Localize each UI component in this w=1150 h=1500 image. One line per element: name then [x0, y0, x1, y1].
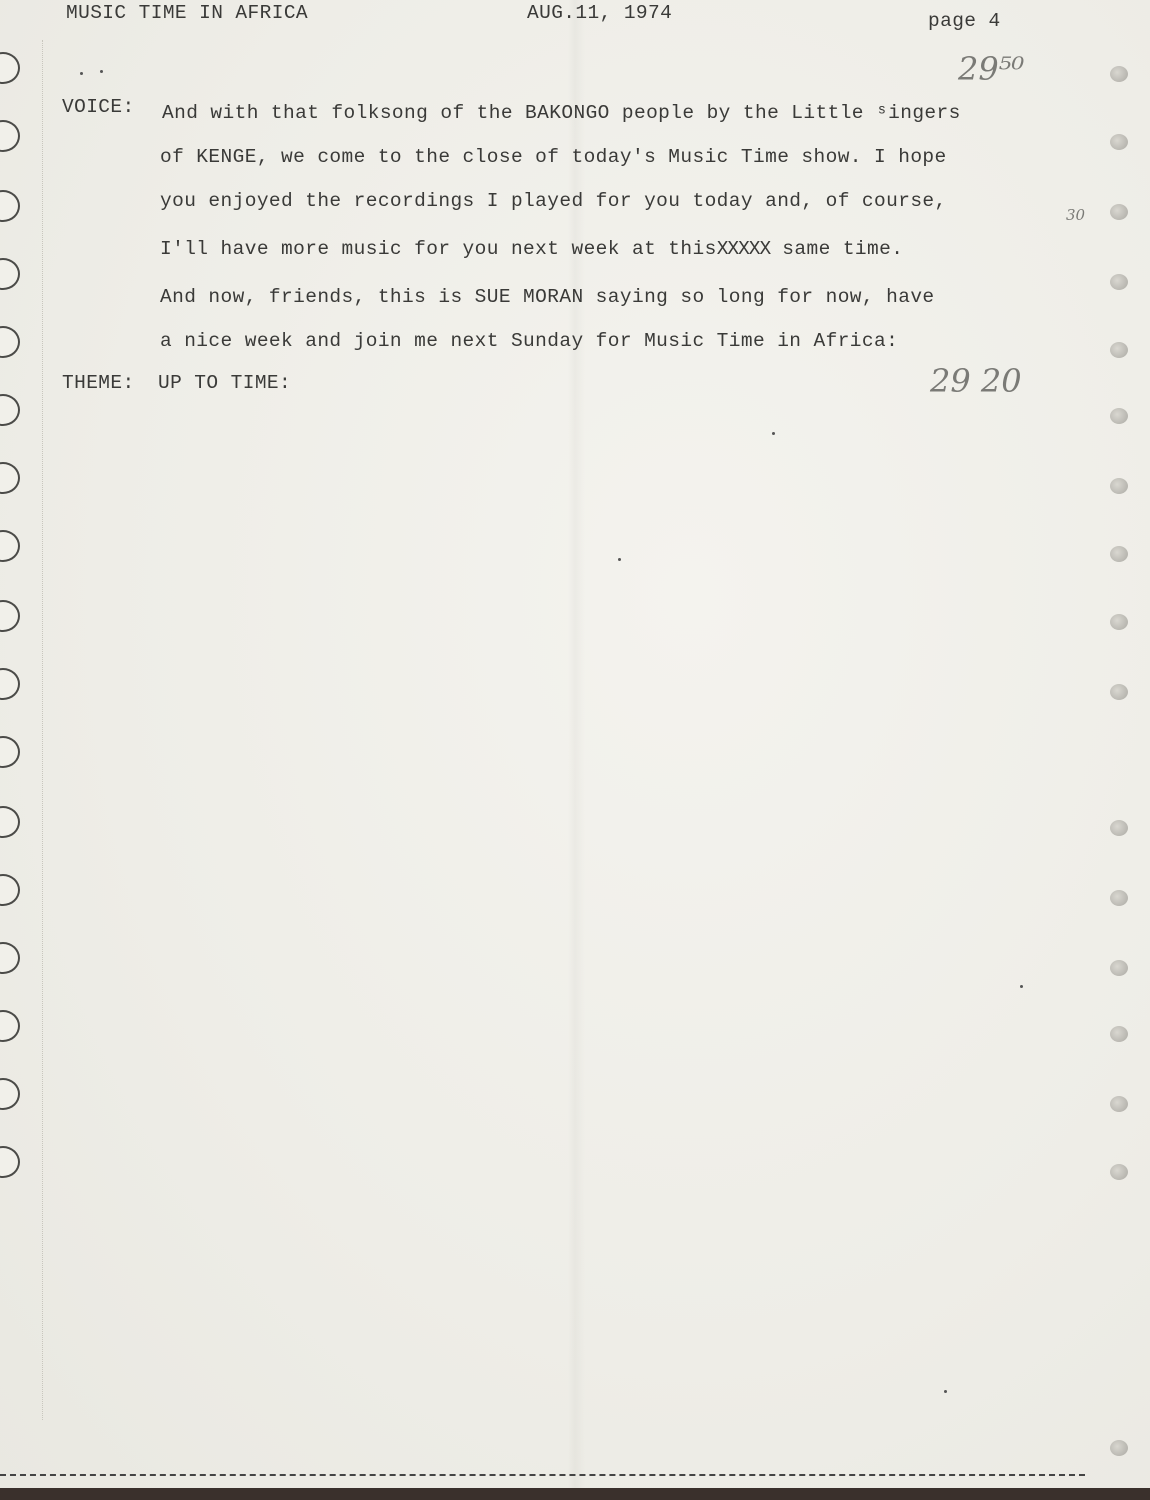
script-line: UP TO TIME:: [158, 372, 291, 394]
perforation-hole: [1110, 342, 1128, 358]
perforation-hole: [1110, 1026, 1128, 1042]
paper-speck: [80, 72, 83, 75]
program-title: MUSIC TIME IN AFRICA: [66, 2, 308, 24]
script-line: of KENGE, we come to the close of today'…: [160, 146, 947, 168]
script-line: a nice week and join me next Sunday for …: [160, 330, 898, 352]
paper-speck: [100, 70, 103, 73]
perforation-hole: [1110, 204, 1128, 220]
struck-out-text: XXXXX: [717, 238, 771, 260]
script-line-text: I'll have more music for you next week a…: [160, 238, 717, 260]
perforation-hole: [1110, 684, 1128, 700]
perforation-hole: [1110, 960, 1128, 976]
script-line: I'll have more music for you next week a…: [160, 238, 903, 260]
paper-speck: [944, 1390, 947, 1393]
perforation-hole: [1110, 1096, 1128, 1112]
handwritten-time-note: 29 20: [930, 362, 1022, 400]
perforation-hole: [1110, 614, 1128, 630]
perforation-hole: [1110, 274, 1128, 290]
perforation-hole: [1110, 408, 1128, 424]
margin-rule: [42, 40, 43, 1420]
paper-speck: [618, 558, 621, 561]
perforation-hole: [1110, 1440, 1128, 1456]
perforation-hole: [1110, 66, 1128, 82]
scan-border: [0, 1488, 1150, 1500]
perforation-hole: [1110, 546, 1128, 562]
perforation-hole: [1110, 890, 1128, 906]
paper-speck: [772, 432, 775, 435]
speaker-label: VOICE:: [62, 96, 135, 118]
perforation-hole: [1110, 134, 1128, 150]
speaker-label: THEME:: [62, 372, 135, 394]
tear-line: [0, 1474, 1085, 1476]
handwritten-time-note: 29⁵⁰: [958, 50, 1024, 88]
broadcast-date: AUG.11, 1974: [527, 2, 672, 24]
handwritten-margin-note: 30: [1066, 206, 1085, 224]
page-number: page 4: [928, 10, 1001, 32]
paper-speck: [1020, 985, 1023, 988]
script-line: you enjoyed the recordings I played for …: [160, 190, 947, 212]
perforation-hole: [1110, 478, 1128, 494]
script-line-text: same time.: [770, 238, 903, 260]
perforation-hole: [1110, 820, 1128, 836]
script-line: And now, friends, this is SUE MORAN sayi…: [160, 286, 935, 308]
document-page: [0, 0, 1150, 1490]
script-line: And with that folksong of the BAKONGO pe…: [162, 102, 961, 124]
perforation-hole: [1110, 1164, 1128, 1180]
